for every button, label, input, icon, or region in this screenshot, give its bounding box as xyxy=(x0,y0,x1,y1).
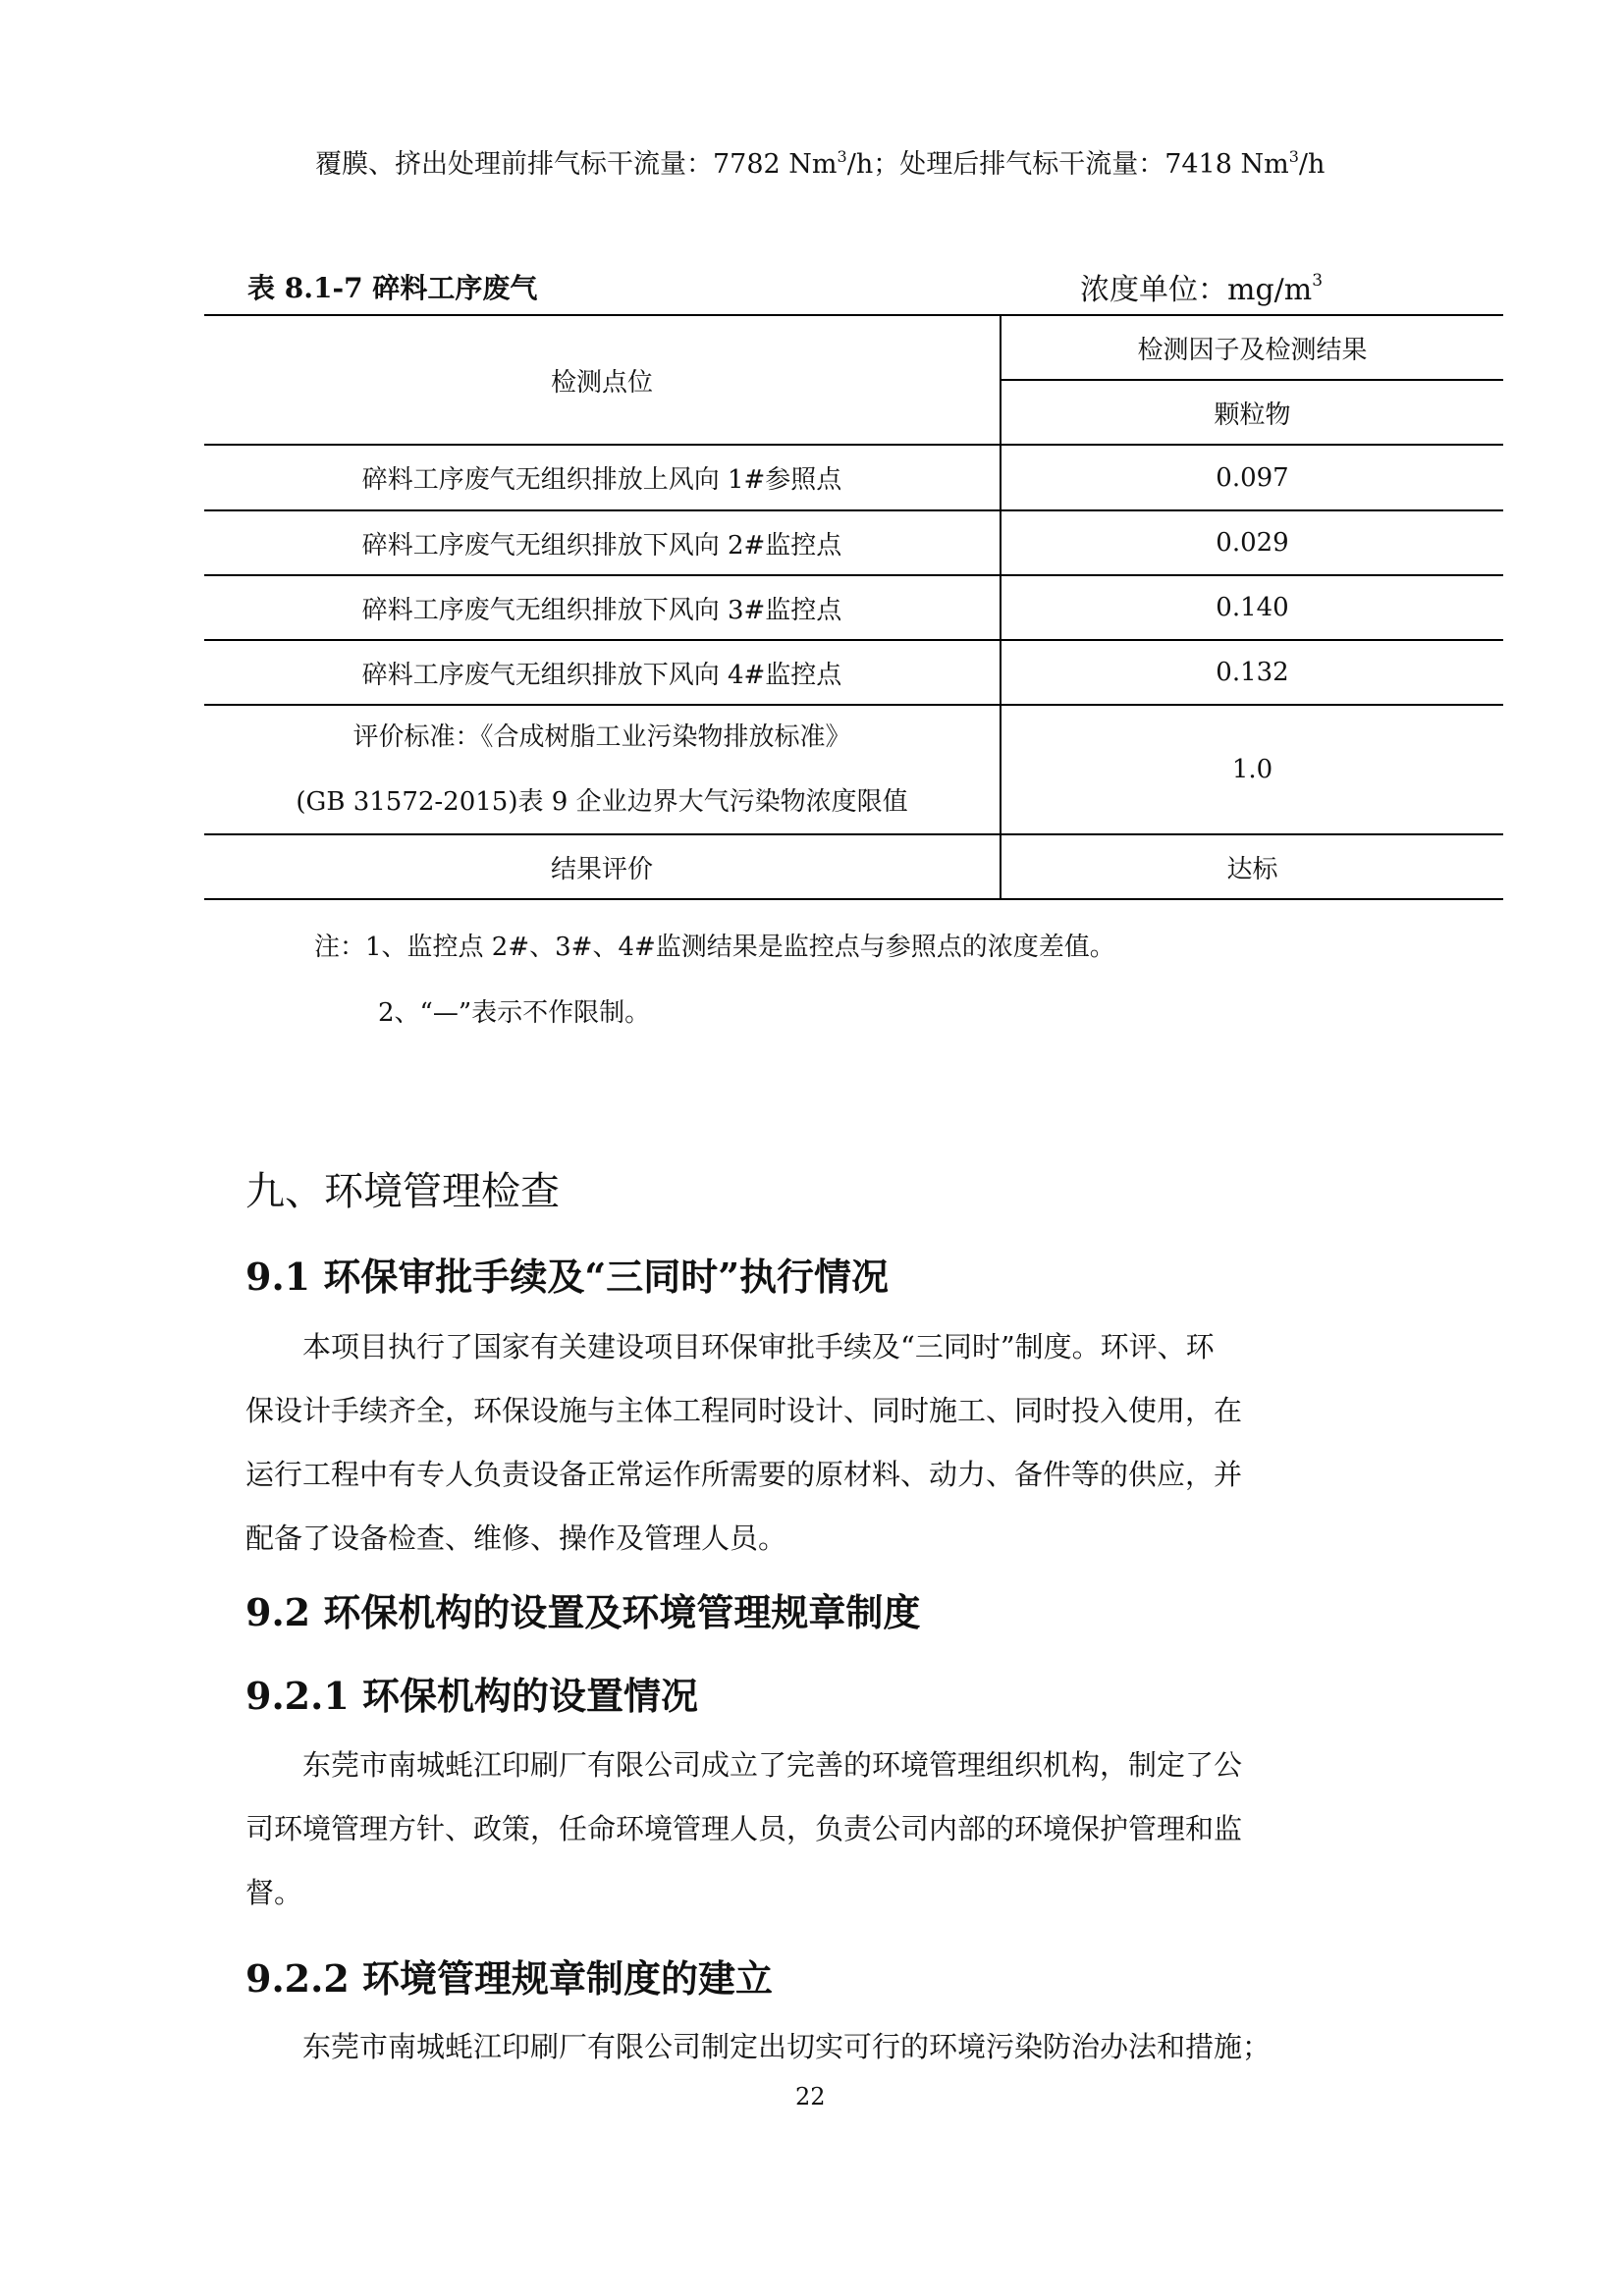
result-label: 结果评价 xyxy=(204,835,1000,898)
table-row-value: 0.132 xyxy=(1001,641,1503,704)
section-9-1-paragraph: 本项目执行了国家有关建设项目环保审批手续及“三同时”制度。环评、环 保设计手续齐… xyxy=(245,1315,1394,1571)
result-value: 达标 xyxy=(1001,835,1503,898)
paragraph-line: 本项目执行了国家有关建设项目环保审批手续及“三同时”制度。环评、环 xyxy=(245,1315,1394,1379)
section-9-2-1-paragraph: 东莞市南城蚝江印刷厂有限公司成立了完善的环境管理组织机构，制定了公 司环境管理方… xyxy=(245,1734,1394,1925)
table-unit: 浓度单位：mg/m3 xyxy=(1080,265,1323,308)
paragraph-line: 保设计手续齐全，环保设施与主体工程同时设计、同时施工、同时投入使用，在 xyxy=(245,1379,1394,1443)
paragraph-line: 督。 xyxy=(245,1861,1394,1925)
flow-sup-2: 3 xyxy=(1289,147,1299,166)
table-border-bottom xyxy=(204,898,1503,900)
table-row-value: 0.029 xyxy=(1001,511,1503,574)
header-location: 检测点位 xyxy=(204,316,1000,444)
paragraph-line: 东莞市南城蚝江印刷厂有限公司制定出切实可行的环境污染防治办法和措施； xyxy=(245,2015,1394,2079)
standard-line-2: (GB 31572-2015)表 9 企业边界大气污染物浓度限值 xyxy=(296,770,907,834)
table-row-location: 碎料工序废气无组织排放下风向 4#监控点 xyxy=(204,641,1000,704)
standard-cell: 评价标准：《合成树脂工业污染物排放标准》 (GB 31572-2015)表 9 … xyxy=(204,706,1000,833)
table-row-location: 碎料工序废气无组织排放下风向 2#监控点 xyxy=(204,511,1000,574)
standard-line-1: 评价标准：《合成树脂工业污染物排放标准》 xyxy=(352,705,850,770)
section-9-2-1-title: 9.2.1 环保机构的设置情况 xyxy=(245,1666,698,1720)
section-9-2-2-title: 9.2.2 环境管理规章制度的建立 xyxy=(245,1949,773,2002)
table-note-2: 2、“—”表示不作限制。 xyxy=(378,992,650,1029)
table-row-value: 0.140 xyxy=(1001,576,1503,639)
paragraph-line: 司环境管理方针、政策，任命环境管理人员，负责公司内部的环境保护管理和监 xyxy=(245,1797,1394,1861)
page-number: 22 xyxy=(795,2083,826,2110)
flow-prefix: 覆膜、挤出处理前排气标干流量：7782 Nm xyxy=(315,149,838,180)
section-9-title: 九、环境管理检查 xyxy=(245,1160,560,1216)
section-9-2-2-paragraph: 东莞市南城蚝江印刷厂有限公司制定出切实可行的环境污染防治办法和措施； xyxy=(245,2015,1394,2079)
table-row-value: 0.097 xyxy=(1001,446,1503,509)
paragraph-line: 东莞市南城蚝江印刷厂有限公司成立了完善的环境管理组织机构，制定了公 xyxy=(245,1734,1394,1797)
unit-sup: 3 xyxy=(1312,271,1323,291)
table-row-location: 碎料工序废气无组织排放下风向 3#监控点 xyxy=(204,576,1000,639)
flow-suffix: /h xyxy=(1299,149,1326,180)
paragraph-line: 运行工程中有专人负责设备正常运作所需要的原材料、动力、备件等的供应，并 xyxy=(245,1443,1394,1507)
paragraph-line: 配备了设备检查、维修、操作及管理人员。 xyxy=(245,1507,1394,1571)
exhaust-flow-rate-line: 覆膜、挤出处理前排气标干流量：7782 Nm3/h；处理后排气标干流量：7418… xyxy=(315,142,1325,181)
standard-value: 1.0 xyxy=(1001,706,1503,833)
section-9-1-title: 9.1 环保审批手续及“三同时”执行情况 xyxy=(245,1247,889,1301)
table-caption: 表 8.1-7 碎料工序废气 xyxy=(247,267,537,306)
unit-text: 浓度单位：mg/m xyxy=(1080,273,1312,307)
table-note-1: 注：1、监控点 2#、3#、4#监测结果是监控点与参照点的浓度差值。 xyxy=(314,927,1115,963)
header-factor-group: 检测因子及检测结果 xyxy=(1001,316,1503,379)
header-factor: 颗粒物 xyxy=(1001,381,1503,444)
flow-middle: /h；处理后排气标干流量：7418 Nm xyxy=(847,149,1289,180)
flow-sup-1: 3 xyxy=(838,147,847,166)
table-row-location: 碎料工序废气无组织排放上风向 1#参照点 xyxy=(204,446,1000,509)
section-9-2-title: 9.2 环保机构的设置及环境管理规章制度 xyxy=(245,1582,920,1636)
